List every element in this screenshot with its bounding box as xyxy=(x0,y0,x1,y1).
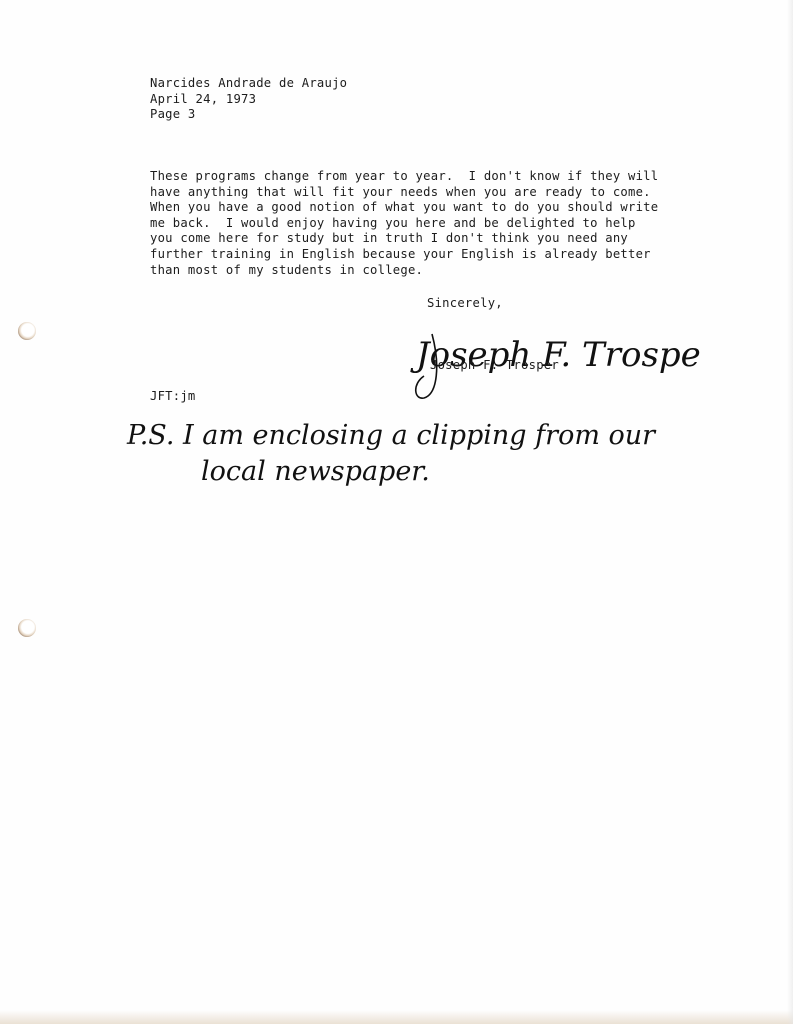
letter-header: Narcides Andrade de AraujoApril 24, 1973… xyxy=(150,76,347,123)
paper-edge-stain xyxy=(0,1010,793,1024)
body-line: further training in English because your… xyxy=(150,247,658,263)
body-line: These programs change from year to year.… xyxy=(150,169,658,185)
letter-page: Narcides Andrade de AraujoApril 24, 1973… xyxy=(0,0,793,1024)
signer-typed-name: Joseph F. Trosper xyxy=(430,358,559,374)
letter-date: April 24, 1973 xyxy=(150,92,347,108)
postscript-line-1: P.S. I am enclosing a clipping from our xyxy=(126,420,657,451)
body-line: have anything that will fit your needs w… xyxy=(150,185,658,201)
closing: Sincerely, xyxy=(427,296,503,312)
paper-edge-shadow xyxy=(787,0,793,1024)
postscript-line-2: local newspaper. xyxy=(201,456,430,487)
punch-hole xyxy=(18,322,36,340)
handwritten-postscript: P.S. I am enclosing a clipping from our … xyxy=(125,410,695,490)
page-number: Page 3 xyxy=(150,107,347,123)
reference-initials: JFT:jm xyxy=(150,389,196,405)
body-line: When you have a good notion of what you … xyxy=(150,200,658,216)
body-line: you come here for study but in truth I d… xyxy=(150,231,658,247)
punch-hole xyxy=(18,619,36,637)
recipient-name: Narcides Andrade de Araujo xyxy=(150,76,347,92)
body-line: me back. I would enjoy having you here a… xyxy=(150,216,658,232)
letter-body: These programs change from year to year.… xyxy=(150,169,658,278)
body-line: than most of my students in college. xyxy=(150,263,658,279)
